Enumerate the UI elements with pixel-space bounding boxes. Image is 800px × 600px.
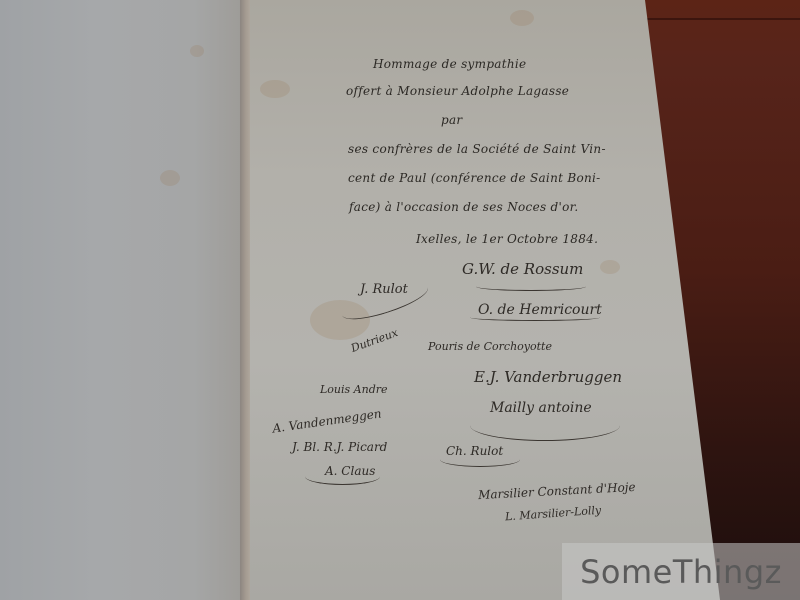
watermark-text: SomeThingz bbox=[580, 553, 782, 591]
watermark-banner: SomeThingz bbox=[562, 543, 800, 600]
place-date: Ixelles, le 1er Octobre 1884. bbox=[416, 232, 598, 246]
foxing-spot bbox=[190, 45, 204, 57]
signature-6: Louis Andre bbox=[320, 383, 388, 396]
signature-5: Pouris de Corchoyotte bbox=[428, 340, 552, 353]
signature-7: E.J. Vanderbruggen bbox=[474, 368, 622, 386]
dedication-line-1: Hommage de sympathie bbox=[373, 57, 526, 71]
photo-scene: Hommage de sympathie offert à Monsieur A… bbox=[0, 0, 800, 600]
signature-flourish bbox=[440, 452, 520, 467]
dedication-line-3: par bbox=[441, 113, 462, 127]
foxing-spot bbox=[600, 260, 620, 274]
signature-flourish bbox=[305, 468, 380, 485]
signature-flourish bbox=[476, 282, 586, 291]
signature-flourish bbox=[470, 410, 620, 441]
dedication-line-2: offert à Monsieur Adolphe Lagasse bbox=[346, 84, 569, 98]
backdrop-edge bbox=[640, 18, 800, 20]
left-blank-page bbox=[0, 0, 242, 600]
foxing-spot bbox=[160, 170, 180, 186]
foxing-spot bbox=[510, 10, 534, 26]
foxing-spot bbox=[260, 80, 290, 98]
dedication-line-6: face) à l'occasion de ses Noces d'or. bbox=[349, 200, 579, 214]
signature-10: J. Bl. R.J. Picard bbox=[292, 440, 387, 454]
signature-1: G.W. de Rossum bbox=[462, 260, 583, 278]
signature-flourish bbox=[470, 314, 600, 321]
dedication-line-4: ses confrères de la Société de Saint Vin… bbox=[348, 142, 606, 156]
dedication-line-5: cent de Paul (conférence de Saint Boni- bbox=[348, 171, 601, 185]
